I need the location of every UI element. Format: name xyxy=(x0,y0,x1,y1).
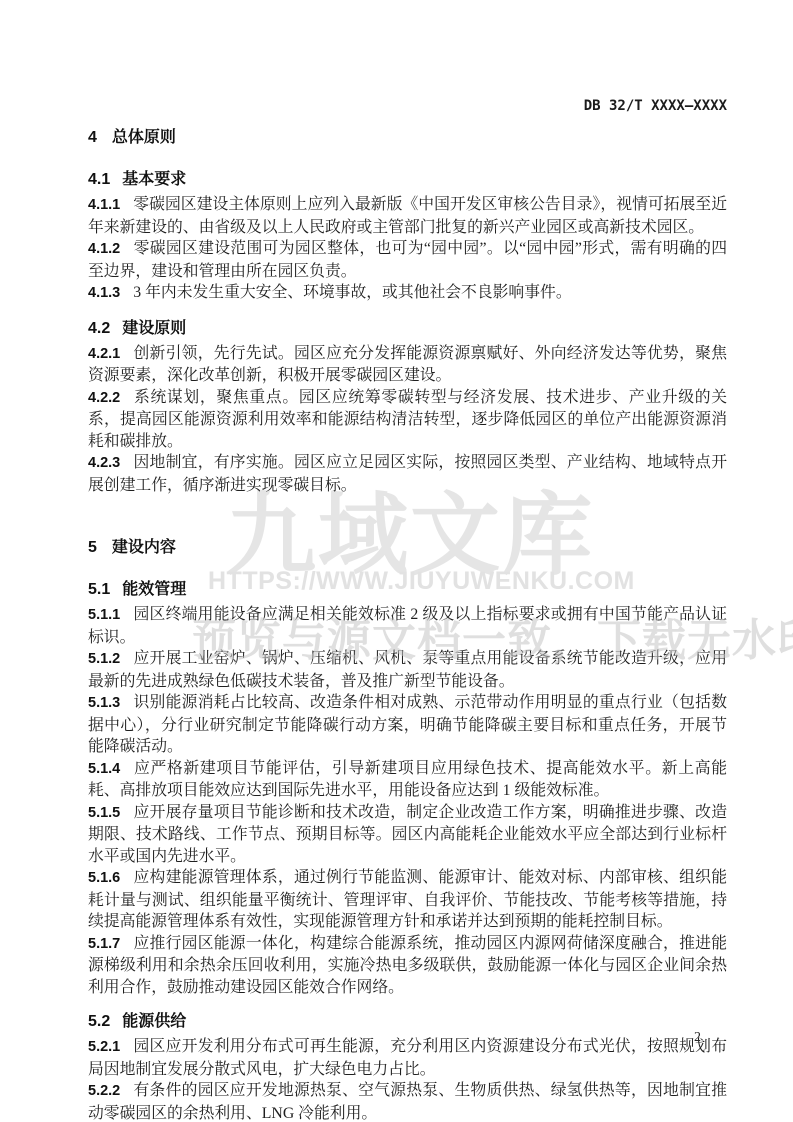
page-number-footer: 2 xyxy=(694,1030,701,1046)
clause-number: 4.2.3 xyxy=(88,455,120,471)
heading-number: 5 xyxy=(88,539,97,556)
clause-number: 5.2.2 xyxy=(88,1083,120,1099)
clause-number: 5.1.6 xyxy=(88,870,120,886)
clause-4.2.2: 4.2.2系统谋划，聚焦重点。园区应统筹零碳转型与经济发展、技术进步、产业升级的… xyxy=(88,387,727,453)
clause-text: 应构建能源管理体系，通过例行节能监测、能源审计、能效对标、内部审核、组织能耗计量… xyxy=(88,869,727,930)
clause-text: 应开展工业窑炉、锅炉、压缩机、风机、泵等重点用能设备系统节能改造升级，应用最新的… xyxy=(88,650,727,690)
clause-number: 5.1.5 xyxy=(88,805,120,821)
clause-text: 应严格新建项目节能评估，引导新建项目应用绿色技术、提高能效水平。新上高能耗、高排… xyxy=(88,760,727,800)
page-number: 2 xyxy=(694,1030,701,1045)
heading-title: 建设原则 xyxy=(122,320,186,337)
clause-4.1.1: 4.1.1零碳园区建设主体原则上应列入最新版《中国开发区审核公告目录》，视情可拓… xyxy=(88,194,727,238)
heading-number: 4 xyxy=(88,129,97,146)
clause-number: 4.1.1 xyxy=(88,197,120,213)
clause-text: 创新引领，先行先试。园区应充分发挥能源资源禀赋好、外向经济发达等优势，聚焦资源要… xyxy=(88,345,727,385)
heading-5.2: 5.2能源供给 xyxy=(88,1010,727,1034)
clause-4.1.3: 4.1.33 年内未发生重大安全、环境事故，或其他社会不良影响事件。 xyxy=(88,282,727,305)
heading-number: 5.1 xyxy=(88,581,110,598)
clause-number: 5.2.1 xyxy=(88,1039,120,1055)
doc-number: DB 32/T XXXX—XXXX xyxy=(584,98,727,114)
clause-number: 4.1.2 xyxy=(88,241,120,257)
clause-text: 零碳园区建设范围可为园区整体，也可为“园中园”。以“园中园”形式，需有明确的四至… xyxy=(88,240,727,280)
clause-5.1.3: 5.1.3识别能源消耗占比较高、改造条件相对成熟、示范带动作用明显的重点行业（包… xyxy=(88,692,727,758)
heading-title: 建设内容 xyxy=(112,539,176,556)
heading-title: 基本要求 xyxy=(122,171,186,188)
heading-title: 总体原则 xyxy=(112,129,176,146)
clause-4.2.1: 4.2.1创新引领，先行先试。园区应充分发挥能源资源禀赋好、外向经济发达等优势，… xyxy=(88,343,727,387)
heading-number: 4.2 xyxy=(88,320,110,337)
clause-number: 5.1.3 xyxy=(88,695,120,711)
clause-5.1.2: 5.1.2应开展工业窑炉、锅炉、压缩机、风机、泵等重点用能设备系统节能改造升级，… xyxy=(88,648,727,692)
clause-text: 系统谋划，聚焦重点。园区应统筹零碳转型与经济发展、技术进步、产业升级的关系，提高… xyxy=(88,389,727,450)
document-page: DB 32/T XXXX—XXXX 九域文库 HTTPS://WWW.JIUYU… xyxy=(0,0,793,1122)
clause-4.1.2: 4.1.2零碳园区建设范围可为园区整体，也可为“园中园”。以“园中园”形式，需有… xyxy=(88,238,727,282)
clause-text: 3 年内未发生重大安全、环境事故，或其他社会不良影响事件。 xyxy=(133,284,571,301)
heading-4: 4总体原则 xyxy=(88,126,727,150)
clause-5.1.1: 5.1.1园区终端用能设备应满足相关能效标准 2 级及以上指标要求或拥有中国节能… xyxy=(88,604,727,648)
heading-4.2: 4.2建设原则 xyxy=(88,317,727,341)
clause-number: 5.1.2 xyxy=(88,651,120,667)
heading-5.1: 5.1能效管理 xyxy=(88,578,727,602)
clause-text: 零碳园区建设主体原则上应列入最新版《中国开发区审核公告目录》，视情可拓展至近年来… xyxy=(88,196,727,236)
doc-body: 4总体原则4.1基本要求4.1.1零碳园区建设主体原则上应列入最新版《中国开发区… xyxy=(88,126,727,1122)
clause-number: 4.2.2 xyxy=(88,390,120,406)
clause-text: 园区终端用能设备应满足相关能效标准 2 级及以上指标要求或拥有中国节能产品认证标… xyxy=(88,606,727,646)
clause-5.2.1: 5.2.1园区应开发利用分布式可再生能源，充分利用区内资源建设分布式光伏，按照规… xyxy=(88,1036,727,1080)
clause-text: 识别能源消耗占比较高、改造条件相对成熟、示范带动作用明显的重点行业（包括数据中心… xyxy=(88,694,727,755)
heading-4.1: 4.1基本要求 xyxy=(88,168,727,192)
clause-text: 应推行园区能源一体化，构建综合能源系统，推动园区内源网荷储深度融合，推进能源梯级… xyxy=(88,935,727,996)
doc-header: DB 32/T XXXX—XXXX xyxy=(88,98,727,114)
clause-5.2.2: 5.2.2有条件的园区应开发地源热泵、空气源热泵、生物质供热、绿氢供热等，因地制… xyxy=(88,1080,727,1122)
clause-number: 4.1.3 xyxy=(88,285,120,301)
clause-5.1.5: 5.1.5应开展存量项目节能诊断和技术改造，制定企业改造工作方案，明确推进步骤、… xyxy=(88,802,727,868)
clause-number: 4.2.1 xyxy=(88,346,120,362)
clause-text: 园区应开发利用分布式可再生能源，充分利用区内资源建设分布式光伏，按照规划布局因地… xyxy=(88,1038,727,1078)
heading-title: 能源供给 xyxy=(122,1013,186,1030)
clause-number: 5.1.4 xyxy=(88,761,120,777)
clause-text: 有条件的园区应开发地源热泵、空气源热泵、生物质供热、绿氢供热等，因地制宜推动零碳… xyxy=(88,1082,727,1122)
clause-5.1.6: 5.1.6应构建能源管理体系，通过例行节能监测、能源审计、能效对标、内部审核、组… xyxy=(88,867,727,933)
clause-5.1.4: 5.1.4应严格新建项目节能评估，引导新建项目应用绿色技术、提高能效水平。新上高… xyxy=(88,758,727,802)
clause-4.2.3: 4.2.3因地制宜，有序实施。园区应立足园区实际，按照园区类型、产业结构、地域特… xyxy=(88,452,727,496)
clause-text: 应开展存量项目节能诊断和技术改造，制定企业改造工作方案，明确推进步骤、改造期限、… xyxy=(88,804,727,865)
clause-number: 5.1.1 xyxy=(88,607,120,623)
heading-5: 5建设内容 xyxy=(88,536,727,560)
heading-number: 4.1 xyxy=(88,171,110,188)
clause-text: 因地制宜，有序实施。园区应立足园区实际，按照园区类型、产业结构、地域特点开展创建… xyxy=(88,454,727,494)
heading-number: 5.2 xyxy=(88,1013,110,1030)
heading-title: 能效管理 xyxy=(122,581,186,598)
clause-number: 5.1.7 xyxy=(88,936,120,952)
clause-5.1.7: 5.1.7应推行园区能源一体化，构建综合能源系统，推动园区内源网荷储深度融合，推… xyxy=(88,933,727,999)
